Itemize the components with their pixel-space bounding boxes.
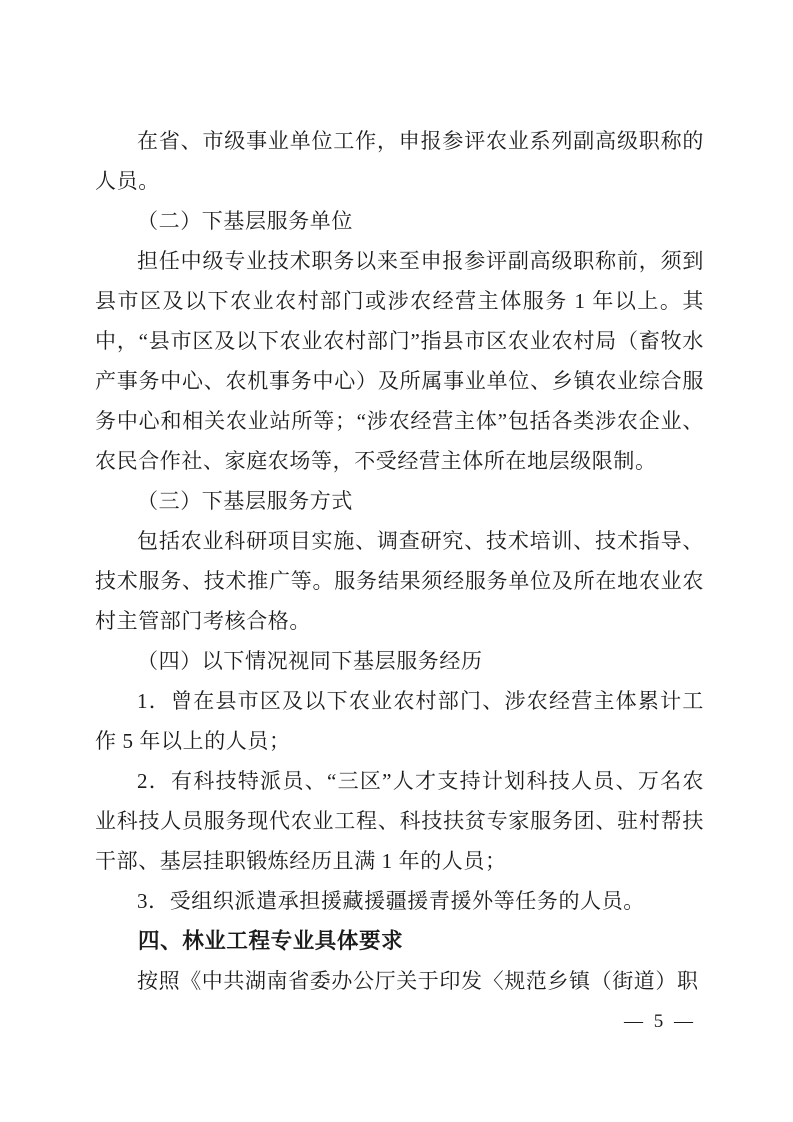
document-page: 在省、市级事业单位工作，申报参评农业系列副高级职称的人员。 （二）下基层服务单位… [0, 0, 793, 1122]
paragraph: 担任中级专业技术职务以来至申报参评副高级职称前，须到县市区及以下农业农村部门或涉… [95, 241, 704, 481]
paragraph: 按照《中共湖南省委办公厅关于印发〈规范乡镇（街道）职 [95, 961, 704, 1001]
chapter-heading-forestry: 四、林业工程专业具体要求 [95, 921, 704, 961]
section-heading-4: （四）以下情况视同下基层服务经历 [95, 641, 704, 681]
paragraph: 包括农业科研项目实施、调查研究、技术培训、技术指导、技术服务、技术推广等。服务结… [95, 521, 704, 641]
section-heading-3: （三）下基层服务方式 [95, 481, 704, 521]
list-item-1: 1．曾在县市区及以下农业农村部门、涉农经营主体累计工作 5 年以上的人员； [95, 681, 704, 761]
page-number: — 5 — [624, 1011, 696, 1033]
document-body: 在省、市级事业单位工作，申报参评农业系列副高级职称的人员。 （二）下基层服务单位… [95, 121, 704, 1001]
list-item-3: 3．受组织派遣承担援藏援疆援青援外等任务的人员。 [95, 881, 704, 921]
section-heading-2: （二）下基层服务单位 [95, 201, 704, 241]
list-item-2: 2．有科技特派员、“三区”人才支持计划科技人员、万名农业科技人员服务现代农业工程… [95, 761, 704, 881]
paragraph: 在省、市级事业单位工作，申报参评农业系列副高级职称的人员。 [95, 121, 704, 201]
